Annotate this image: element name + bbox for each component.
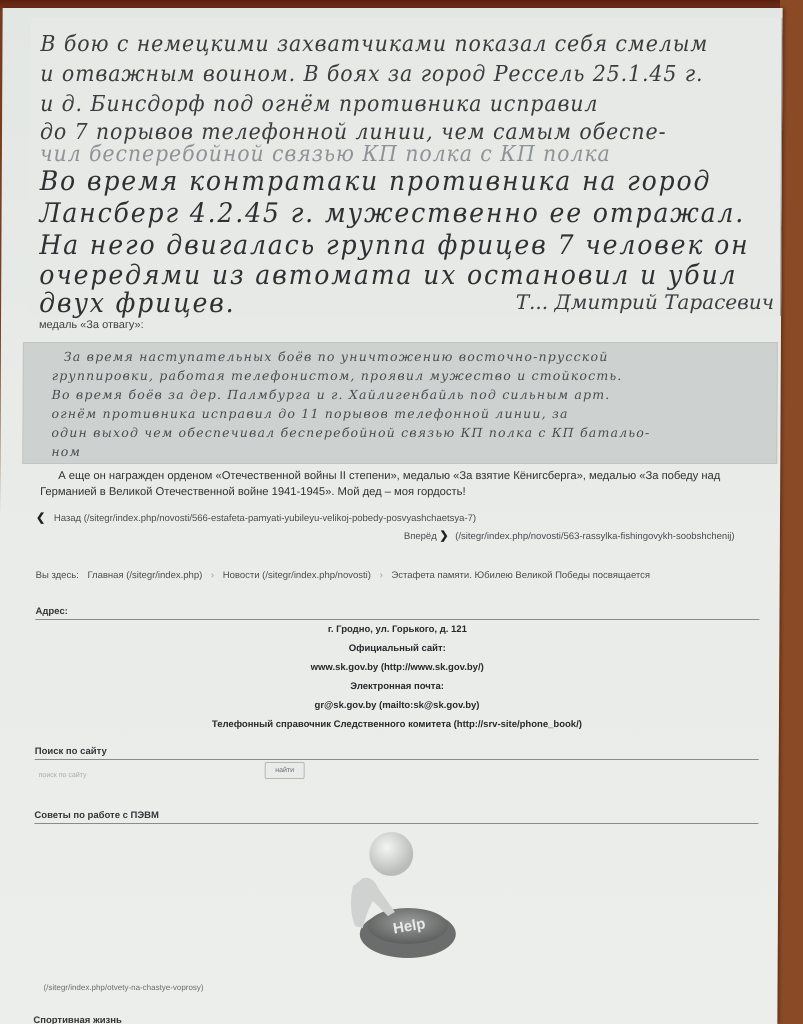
search-input[interactable]	[39, 766, 254, 784]
handwritten-line: Лансберг 4.2.45 г. мужественно ее отража…	[40, 198, 746, 229]
handwritten-line: очередями из автомата их остановил и уби…	[39, 260, 737, 291]
handwritten-line: один выход чем обеспечивал бесперебойной…	[51, 425, 650, 440]
handwritten-line: двух фрицев.	[39, 288, 236, 319]
tips-heading: Советы по работе с ПЭВМ	[34, 810, 758, 824]
table-edge-right	[780, 0, 803, 1024]
search-button[interactable]: найти	[265, 762, 305, 779]
chevron-left-icon: ❮	[36, 512, 45, 524]
handwritten-award-sheet: В бою с немецкими захватчиками показал с…	[29, 18, 783, 316]
email-link[interactable]: gr@sk.gov.by (mailto:sk@sk.gov.by)	[35, 696, 759, 715]
handwritten-line: На него двигалась группа фрицев 7 челове…	[39, 230, 749, 261]
site-link[interactable]: www.sk.gov.by (http://www.sk.gov.by/)	[35, 658, 759, 677]
breadcrumb-current: Эстафета памяти. Юбилею Великой Победы п…	[391, 570, 650, 581]
printed-page: В бою с немецкими захватчиками показал с…	[0, 8, 783, 1024]
handwritten-line: огнём противника исправил до 11 порывов …	[51, 406, 568, 421]
address-heading: Адрес:	[35, 606, 759, 620]
breadcrumb-prefix: Вы здесь:	[36, 570, 79, 581]
prev-article-link[interactable]: ❮ Назад (/sitegr/index.php/novosti/566-e…	[36, 511, 476, 524]
handwritten-line: группировки, работая телефонистом, прояв…	[52, 368, 623, 383]
signature: Т... Дмитрий Тарасевич	[516, 290, 775, 314]
email-label: Электронная почта:	[35, 677, 759, 696]
help-button-illustration[interactable]: Help	[333, 826, 464, 966]
phonebook-link[interactable]: Телефонный справочник Следственного коми…	[35, 715, 759, 734]
handwritten-line: и отважным воином. В боях за город Рессе…	[40, 62, 703, 87]
tips-link[interactable]: (/sitegr/index.php/otvety-na-chastye-vop…	[44, 983, 204, 992]
prev-label: Назад	[54, 513, 81, 524]
breadcrumb-home[interactable]: Главная (/sitegr/index.php)	[87, 570, 202, 581]
breadcrumb-news[interactable]: Новости (/sitegr/index.php/novosti)	[223, 570, 371, 581]
handwritten-line: Во время контратаки противника на город	[40, 166, 712, 197]
breadcrumb-separator: ›	[380, 570, 383, 581]
article-paragraph: А еще он награжден орденом «Отечественно…	[40, 468, 775, 500]
breadcrumb-separator: ›	[211, 570, 214, 581]
prev-url: (/sitegr/index.php/novosti/566-estafeta-…	[84, 513, 476, 524]
handwritten-line: В бою с немецкими захватчиками показал с…	[40, 32, 708, 57]
search-heading: Поиск по сайту	[35, 746, 759, 760]
next-url: (/sitegr/index.php/novosti/563-rassylka-…	[455, 531, 734, 542]
address-block: г. Гродно, ул. Горького, д. 121 Официаль…	[35, 620, 760, 734]
address-street: г. Гродно, ул. Горького, д. 121	[35, 620, 759, 639]
handwritten-award-sheet-2: За время наступательных боёв по уничтоже…	[22, 342, 778, 464]
medal-label: медаль «За отвагу»:	[39, 319, 144, 331]
next-label: Вперёд	[404, 531, 437, 542]
chevron-right-icon: ❯	[439, 530, 448, 542]
breadcrumb: Вы здесь: Главная (/sitegr/index.php) › …	[36, 570, 650, 581]
handwritten-line: чил бесперебойной связью КП полка с КП п…	[40, 142, 611, 167]
handwritten-line: Во время боёв за дер. Палмбурга и г. Хай…	[52, 387, 611, 402]
next-article-link[interactable]: Вперёд ❯ (/sitegr/index.php/novosti/563-…	[404, 529, 735, 542]
handwritten-line: ном	[51, 444, 81, 459]
handwritten-line: и д. Бинсдорф под огнём противника испра…	[40, 92, 598, 117]
site-label: Официальный сайт:	[35, 639, 759, 658]
handwritten-line: За время наступательных боёв по уничтоже…	[64, 349, 609, 364]
sports-heading: Спортивная жизнь	[33, 1015, 757, 1024]
